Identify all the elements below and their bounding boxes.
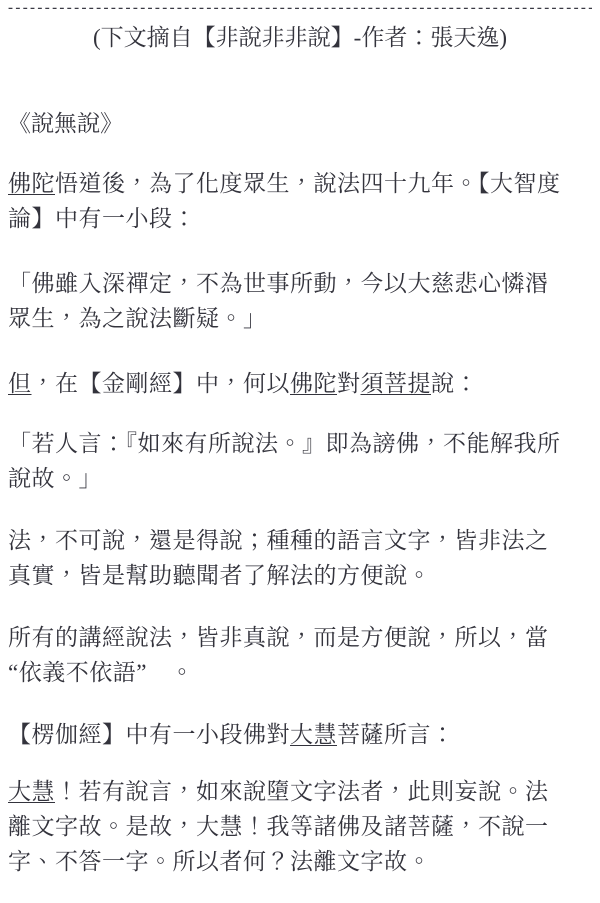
paragraph: 大慧！若有說言，如來說墮文字法者，此則妄說。法離文字故。是故，大慧！我等諸佛及諸… [8, 774, 592, 879]
text-segment: ，在【金剛經】中，何以 [32, 371, 291, 396]
underlined-term: 大慧 [8, 779, 55, 804]
article-title: 《說無說》 [8, 107, 592, 140]
text-segment: ！若有說言，如來說墮文字法者，此則妄說。法 [55, 779, 549, 804]
text-segment: “依義不依語” 。 [8, 660, 194, 685]
underlined-term: 大慧 [290, 722, 337, 747]
document-page: ----------------------------------------… [0, 0, 600, 903]
text-segment: 說： [431, 371, 478, 396]
text-segment: 離文字故。是故，大慧！我等諸佛及諸菩薩，不說一 [8, 814, 549, 839]
text-segment: 所有的講經說法，皆非真說，而是方便說，所以，當 [8, 625, 549, 650]
source-attribution: (下文摘自【非說非非說】-作者：張天逸) [8, 21, 592, 54]
underlined-term: 佛陀 [8, 171, 55, 196]
paragraph: 法，不可說，還是得說；種種的語言文字，皆非法之真實，皆是幫助聽聞者了解法的方便說… [8, 523, 592, 593]
text-segment: 菩薩所言： [337, 722, 455, 747]
paragraph: 但，在【金剛經】中，何以佛陀對須菩提說： [8, 366, 592, 401]
paragraph: 「佛雖入深禪定，不為世事所動，今以大慈悲心憐湣眾生，為之說法斷疑。」 [8, 266, 592, 336]
paragraph: 【楞伽經】中有一小段佛對大慧菩薩所言： [8, 717, 592, 752]
paragraph: 佛陀悟道後，為了化度眾生，說法四十九年。【大智度論】中有一小段： [8, 166, 592, 236]
text-segment: 對 [337, 371, 361, 396]
underlined-term: 須菩提 [361, 371, 432, 396]
paragraph: 「若人言：『如來有所說法。』即為謗佛，不能解我所說故。」 [8, 426, 592, 496]
text-segment: 悟道後，為了化度眾生，說法四十九年。【大智度 [55, 171, 561, 196]
paragraph: 所有的講經說法，皆非真說，而是方便說，所以，當“依義不依語” 。 [8, 620, 592, 690]
text-segment: 法，不可說，還是得說；種種的語言文字，皆非法之 [8, 528, 549, 553]
text-segment: 眾生，為之說法斷疑。」 [8, 306, 267, 331]
underlined-term: 佛陀 [290, 371, 337, 396]
text-segment: 真實，皆是幫助聽聞者了解法的方便說。 [8, 563, 431, 588]
article-body: 佛陀悟道後，為了化度眾生，說法四十九年。【大智度論】中有一小段：「佛雖入深禪定，… [8, 166, 592, 879]
text-segment: 論】中有一小段： [8, 206, 196, 231]
text-segment: 字、不答一字。所以者何？法離文字故。 [8, 849, 431, 874]
dashed-divider: ----------------------------------------… [8, 2, 592, 15]
text-segment: 【楞伽經】中有一小段佛對 [8, 722, 290, 747]
text-segment: 說故。」 [8, 466, 102, 491]
text-segment: 「佛雖入深禪定，不為世事所動，今以大慈悲心憐湣 [8, 271, 549, 296]
text-segment: 「若人言：『如來有所說法。』即為謗佛，不能解我所 [8, 431, 561, 456]
underlined-term: 但 [8, 371, 32, 396]
